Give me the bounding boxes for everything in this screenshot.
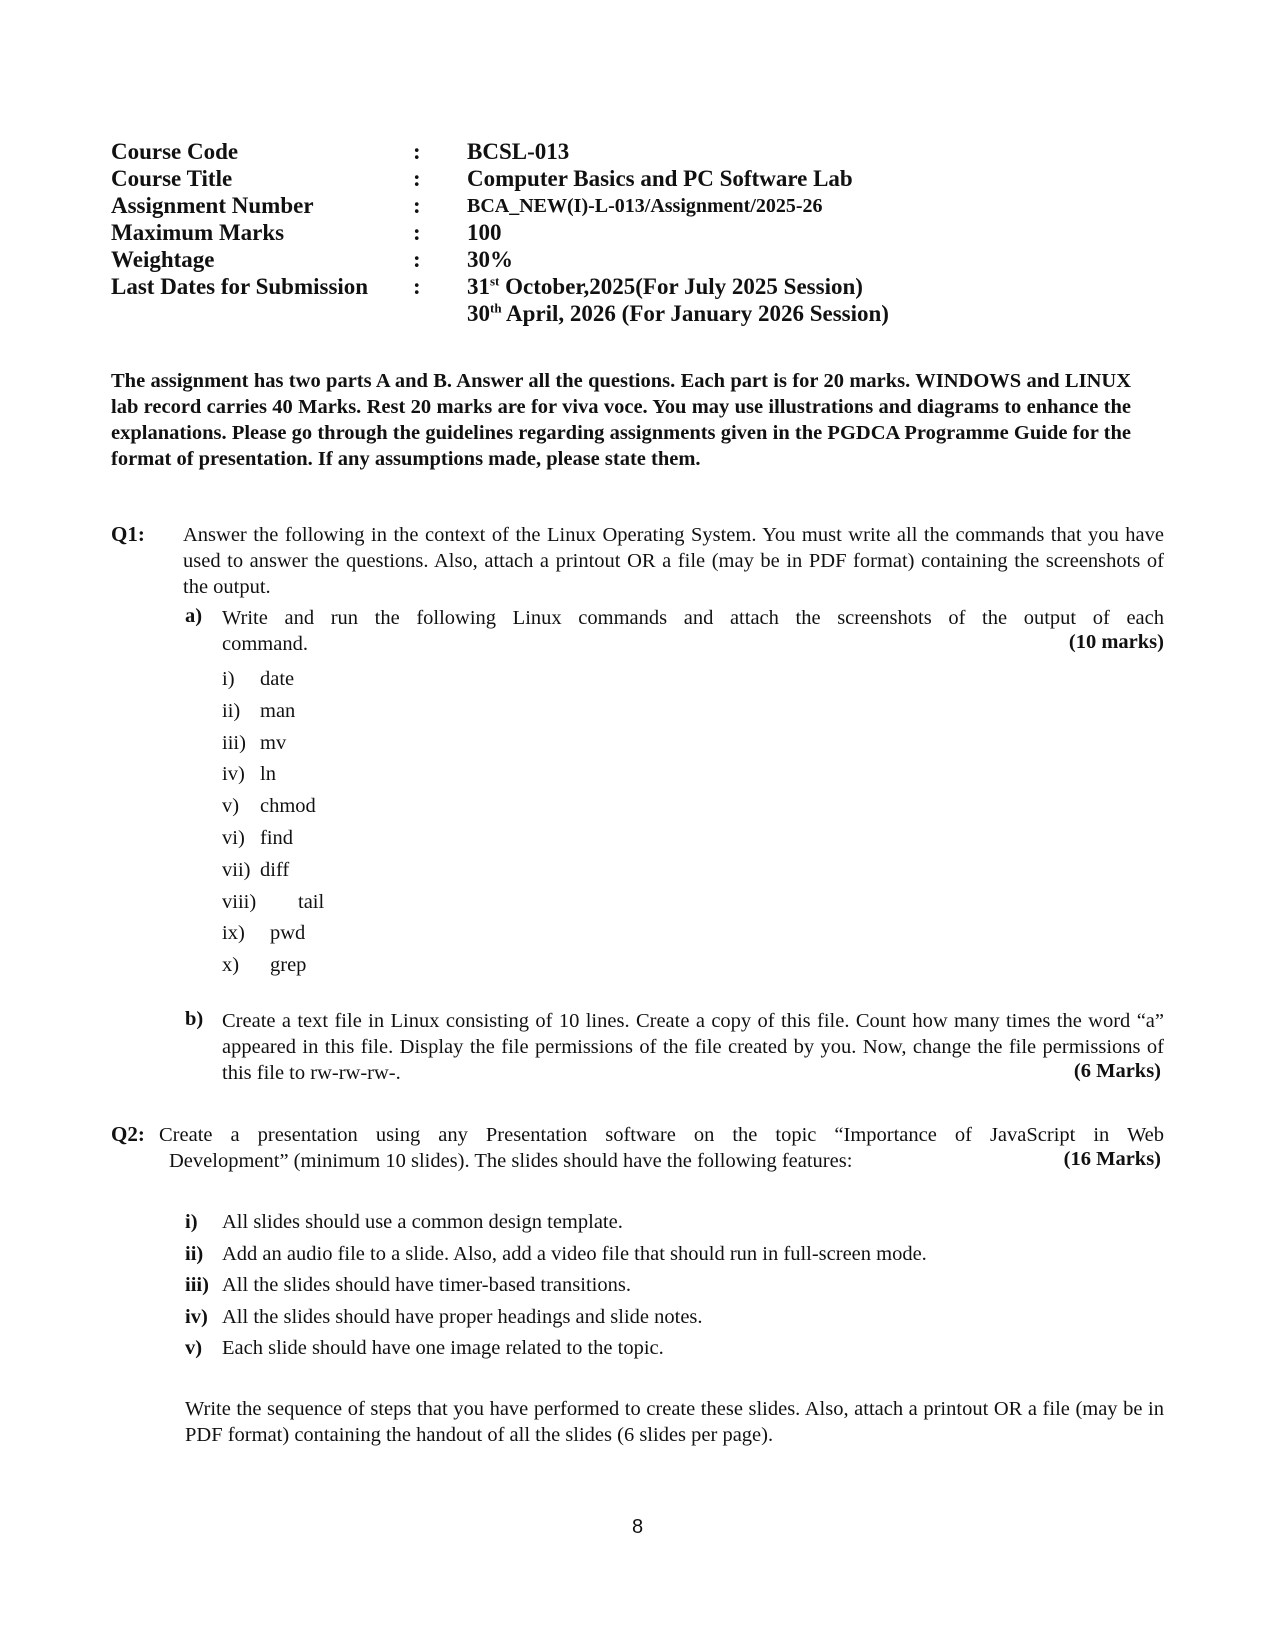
feature-number: i) [185, 1211, 198, 1234]
q1a-marks: (10 marks) [1069, 631, 1164, 654]
colon: : [413, 192, 421, 220]
assignment-instructions: The assignment has two parts A and B. An… [111, 368, 1131, 472]
command-name: pwd [270, 922, 305, 945]
assignment-number-row: Assignment Number : BCA_NEW(I)-L-013/Ass… [111, 192, 1011, 220]
course-info-table: Course Code : BCSL-013 Course Title : Co… [111, 138, 1011, 338]
command-name: mv [260, 732, 286, 755]
q1a-label: a) [185, 605, 202, 628]
command-number: viii) [222, 891, 256, 914]
q1b-marks: (6 Marks) [1074, 1060, 1161, 1083]
q1b-text: Create a text file in Linux consisting o… [222, 1008, 1164, 1086]
feature-text: Each slide should have one image related… [222, 1337, 664, 1360]
field-label: Course Title [111, 165, 232, 193]
course-title-value: Computer Basics and PC Software Lab [467, 165, 853, 193]
colon: : [413, 138, 421, 166]
command-number: iii) [222, 732, 246, 755]
q1-text: Answer the following in the context of t… [183, 522, 1164, 600]
q2-closing-text: Write the sequence of steps that you hav… [185, 1396, 1164, 1448]
field-label: Assignment Number [111, 192, 314, 220]
command-number: ix) [222, 922, 245, 945]
command-number: iv) [222, 763, 245, 786]
command-name: chmod [260, 795, 316, 818]
command-number: ii) [222, 700, 240, 723]
feature-number: iv) [185, 1306, 208, 1329]
command-number: v) [222, 795, 239, 818]
command-name: grep [270, 954, 306, 977]
maximum-marks-row: Maximum Marks : 100 [111, 219, 1011, 247]
command-number: i) [222, 668, 235, 691]
command-number: x) [222, 954, 239, 977]
course-code-value: BCSL-013 [467, 138, 569, 166]
field-label: Maximum Marks [111, 219, 284, 247]
q2-text-line2: Development” (minimum 10 slides). The sl… [169, 1148, 852, 1174]
feature-text: All the slides should have proper headin… [222, 1306, 703, 1329]
q2-text-line1: Create a presentation using any Presenta… [159, 1122, 1164, 1148]
weightage-value: 30% [467, 246, 513, 274]
q1a-text-line2: command. [222, 631, 308, 657]
colon: : [413, 219, 421, 247]
q1-label: Q1: [111, 522, 145, 547]
command-name: diff [260, 859, 289, 882]
feature-number: v) [185, 1337, 202, 1360]
q1a-text-line1: Write and run the following Linux comman… [222, 605, 1164, 631]
command-number: vi) [222, 827, 245, 850]
command-name: ln [260, 763, 276, 786]
submission-dates-row-2: 30th April, 2026 (For January 2026 Sessi… [111, 300, 1011, 328]
command-number: vii) [222, 859, 250, 882]
course-title-row: Course Title : Computer Basics and PC So… [111, 165, 1011, 193]
submission-dates-row: Last Dates for Submission : 31st October… [111, 273, 1011, 301]
weightage-row: Weightage : 30% [111, 246, 1011, 274]
feature-number: ii) [185, 1243, 203, 1266]
feature-text: All slides should use a common design te… [222, 1211, 623, 1234]
submission-date-july: 31st October,2025(For July 2025 Session) [467, 273, 863, 301]
field-label: Last Dates for Submission [111, 273, 368, 301]
submission-date-january: 30th April, 2026 (For January 2026 Sessi… [467, 300, 889, 328]
feature-number: iii) [185, 1274, 209, 1297]
colon: : [413, 273, 421, 301]
field-label: Weightage [111, 246, 215, 274]
field-label: Course Code [111, 138, 238, 166]
colon: : [413, 165, 421, 193]
command-name: tail [298, 891, 324, 914]
q1b-label: b) [185, 1008, 203, 1031]
command-name: find [260, 827, 293, 850]
command-name: date [260, 668, 294, 691]
command-name: man [260, 700, 295, 723]
page-number: 8 [0, 1516, 1275, 1539]
feature-text: All the slides should have timer-based t… [222, 1274, 631, 1297]
q2-label: Q2: [111, 1122, 145, 1147]
course-code-row: Course Code : BCSL-013 [111, 138, 1011, 166]
feature-text: Add an audio file to a slide. Also, add … [222, 1243, 927, 1266]
colon: : [413, 246, 421, 274]
assignment-number-value: BCA_NEW(I)-L-013/Assignment/2025-26 [467, 192, 823, 220]
maximum-marks-value: 100 [467, 219, 502, 247]
q2-marks: (16 Marks) [1064, 1148, 1161, 1171]
